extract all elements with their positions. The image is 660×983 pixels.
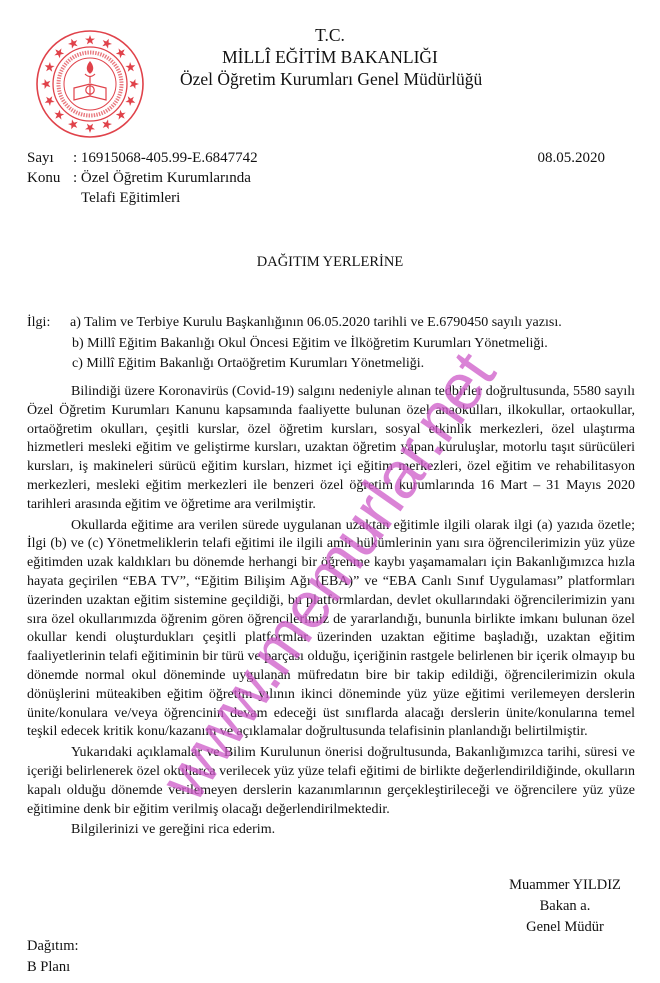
konu-value: : Özel Öğretim Kurumlarında	[73, 168, 251, 188]
signatory-name: Muammer YILDIZ	[490, 875, 640, 896]
reference-item: a) Talim ve Terbiye Kurulu Başkanlığının…	[70, 313, 562, 334]
konu-value-continued: Telafi Eğitimleri	[27, 188, 258, 208]
sayi-value: : 16915068-405.99-E.6847742	[73, 148, 258, 168]
signatory-title: Bakan a.	[490, 896, 640, 917]
ministry-seal-icon	[34, 28, 146, 140]
closing-line: Bilgilerinizi ve gereğini rica ederim.	[27, 821, 635, 840]
konu-row: Konu : Özel Öğretim Kurumlarında	[27, 168, 258, 188]
letter-body: Bilindiği üzere Koronavirüs (Covid-19) s…	[27, 383, 635, 842]
distribution-block: Dağıtım: B Planı	[27, 936, 79, 978]
distribution-label: Dağıtım:	[27, 936, 79, 957]
letter-date: 08.05.2020	[538, 148, 606, 168]
official-letter: T.C. MİLLÎ EĞİTİM BAKANLIĞI Özel Öğretim…	[0, 0, 660, 983]
header-tc: T.C.	[180, 24, 480, 46]
header-directorate: Özel Öğretim Kurumları Genel Müdürlüğü	[180, 68, 480, 90]
body-paragraph: Yukarıdaki açıklamalar ve Bilim Kurulunu…	[27, 744, 635, 819]
reference-item: b) Millî Eğitim Bakanlığı Okul Öncesi Eğ…	[70, 334, 562, 355]
letter-meta: Sayı : 16915068-405.99-E.6847742 Konu : …	[27, 148, 258, 208]
konu-label: Konu	[27, 168, 73, 188]
recipient-heading: DAĞITIM YERLERİNE	[0, 254, 660, 271]
signature-block: Muammer YILDIZ Bakan a. Genel Müdür	[490, 875, 640, 938]
sayi-row: Sayı : 16915068-405.99-E.6847742	[27, 148, 258, 168]
header-ministry: MİLLÎ EĞİTİM BAKANLIĞI	[180, 46, 480, 68]
body-paragraph: Okullarda eğitime ara verilen sürede uyg…	[27, 517, 635, 743]
letterhead: T.C. MİLLÎ EĞİTİM BAKANLIĞI Özel Öğretim…	[180, 24, 480, 90]
references-label: İlgi:	[27, 313, 50, 334]
sayi-label: Sayı	[27, 148, 73, 168]
body-paragraph: Bilindiği üzere Koronavirüs (Covid-19) s…	[27, 383, 635, 515]
distribution-value: B Planı	[27, 957, 79, 978]
signatory-position: Genel Müdür	[490, 917, 640, 938]
reference-item: c) Millî Eğitim Bakanlığı Ortaöğretim Ku…	[70, 354, 562, 375]
